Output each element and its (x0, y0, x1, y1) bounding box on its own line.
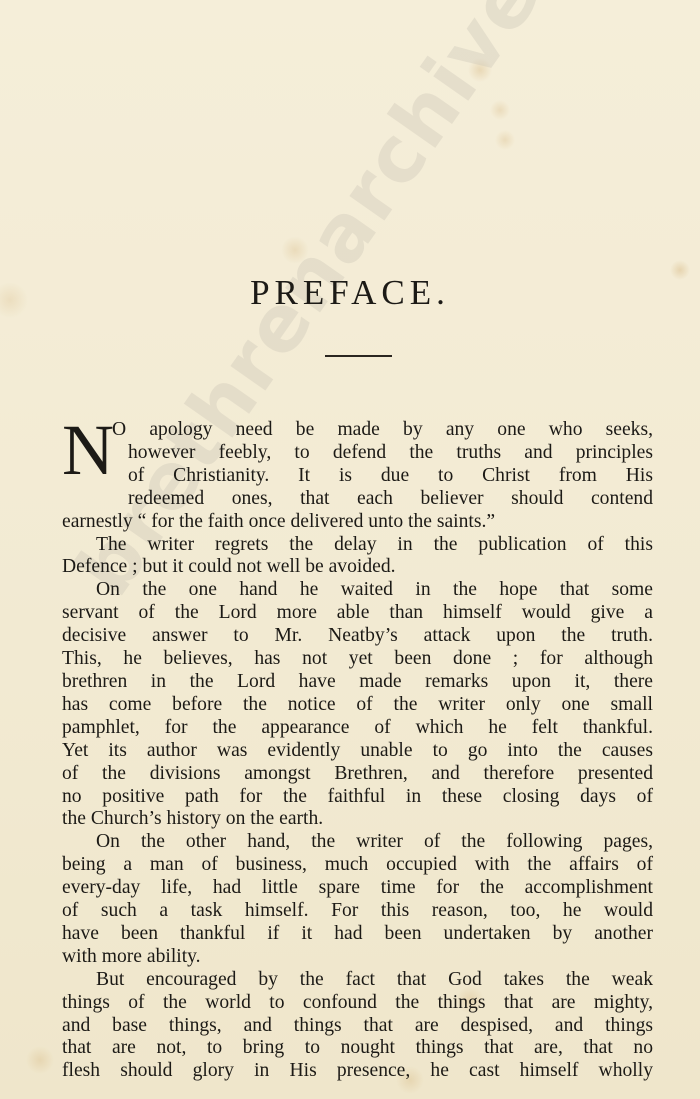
text-line: every-day life, had little spare time fo… (62, 877, 653, 900)
text-line: being a man of business, much occupied w… (62, 854, 653, 877)
text-line: flesh should glory in His presence, he c… (62, 1060, 653, 1083)
text-line: things of the world to confound the thin… (62, 992, 653, 1015)
text-line: of Christianity. It is due to Christ fro… (128, 465, 653, 488)
text-line: that are not, to bring to nought things … (62, 1037, 653, 1060)
text-line: This, he believes, has not yet been done… (62, 648, 653, 671)
text-line: On the one hand he waited in the hope th… (62, 579, 653, 602)
text-line: has come before the notice of the writer… (62, 694, 653, 717)
text-line: earnestly “ for the faith once delivered… (62, 511, 653, 534)
text-line: of the divisions amongst Brethren, and t… (62, 763, 653, 786)
text-line: pamphlet, for the appearance of which he… (62, 717, 653, 740)
paragraph-5: But encouraged by the fact that God take… (62, 969, 653, 1084)
text-line: of such a task himself. For this reason,… (62, 900, 653, 923)
text-line: Defence ; but it could not well be avoid… (62, 556, 653, 579)
text-line: brethren in the Lord have made remarks u… (62, 671, 653, 694)
text-line: servant of the Lord more able than himse… (62, 602, 653, 625)
text-line: however feebly, to defend the truths and… (128, 442, 653, 465)
text-line: no positive path for the faithful in the… (62, 786, 653, 809)
preface-body: N O apology need be made by any one who … (62, 419, 653, 1083)
drop-cap: N (62, 421, 120, 481)
text-line: and base things, and things that are des… (62, 1015, 653, 1038)
text-line: On the other hand, the writer of the fol… (62, 831, 653, 854)
text-line: O apology need be made by any one who se… (112, 419, 653, 442)
text-line: with more ability. (62, 946, 653, 969)
text-line: decisive answer to Mr. Neatby’s attack u… (62, 625, 653, 648)
text-line: Yet its author was evidently unable to g… (62, 740, 653, 763)
page-title: PREFACE. (0, 273, 700, 313)
text-line: The writer regrets the delay in the publ… (62, 534, 653, 557)
paragraph-3: On the one hand he waited in the hope th… (62, 579, 653, 831)
text-line: But encouraged by the fact that God take… (62, 969, 653, 992)
paragraph-2: The writer regrets the delay in the publ… (62, 534, 653, 580)
paragraph-4: On the other hand, the writer of the fol… (62, 831, 653, 968)
paragraph-1: N O apology need be made by any one who … (62, 419, 653, 534)
title-divider (325, 355, 392, 357)
text-line: redeemed ones, that each believer should… (128, 488, 653, 511)
text-line: the Church’s history on the earth. (62, 808, 653, 831)
text-line: have been thankful if it had been undert… (62, 923, 653, 946)
